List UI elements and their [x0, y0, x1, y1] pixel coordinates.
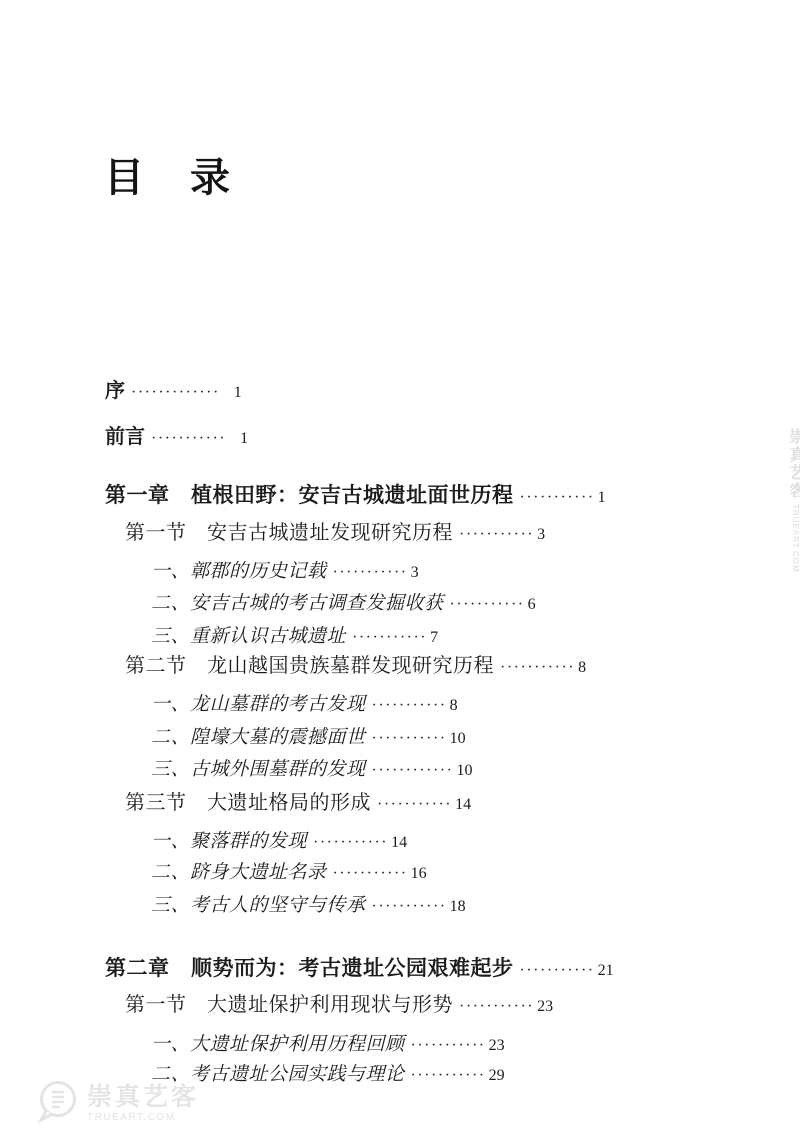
toc-entry: 三、古城外围墓群的发现············10	[105, 759, 685, 782]
page-number: 14	[455, 794, 471, 816]
toc-entry: 第三节 大遗址格局的形成···········14	[105, 792, 685, 816]
entry-label: 二、跻身大遗址名录	[151, 862, 327, 884]
dot-leader: ···········	[372, 695, 447, 717]
toc-entry: 前言···········1	[105, 426, 685, 450]
dot-leader: ···········	[411, 1065, 486, 1087]
entry-label: 三、考古人的坚守与传承	[151, 895, 366, 917]
toc-entry: 二、跻身大遗址名录···········16	[105, 862, 685, 885]
entry-label: 第一节 大遗址保护利用现状与形势	[125, 994, 453, 1016]
speech-bubble-document-icon	[34, 1078, 80, 1129]
dot-leader: ···········	[520, 960, 595, 982]
dot-leader: ···········	[520, 487, 595, 509]
page-number: 3	[537, 524, 545, 546]
page-number: 8	[578, 657, 586, 679]
page-number: 1	[234, 382, 242, 404]
dot-leader: ···········	[411, 1035, 486, 1057]
entry-label: 一、龙山墓群的考古发现	[151, 694, 366, 716]
page-number: 23	[537, 996, 553, 1018]
dot-leader: ···········	[333, 863, 408, 885]
entry-label: 第一章 植根田野：安吉古城遗址面世历程	[105, 485, 514, 507]
page-number: 18	[450, 896, 466, 918]
toc-entry: 一、龙山墓群的考古发现···········8	[105, 694, 685, 717]
dot-leader: ·············	[131, 382, 220, 404]
page-number: 6	[528, 594, 536, 616]
entry-label: 三、重新认识古城遗址	[151, 626, 346, 648]
entry-label: 一、聚落群的发现	[151, 831, 307, 853]
toc-entry: 一、大遗址保护利用历程回顾···········23	[105, 1034, 685, 1057]
entry-label: 第二节 龙山越国贵族墓群发现研究历程	[125, 655, 494, 677]
toc-entry: 三、重新认识古城遗址···········7	[105, 626, 685, 649]
toc-entry: 第一章 植根田野：安吉古城遗址面世历程···········1	[105, 485, 685, 509]
entry-label: 第二章 顺势而为：考古遗址公园艰难起步	[105, 958, 514, 980]
entry-label: 二、安吉古城的考古调查发掘收获	[151, 593, 444, 615]
page-number: 29	[489, 1065, 505, 1087]
toc-entry: 一、聚落群的发现···········14	[105, 831, 685, 854]
page-number: 21	[598, 960, 614, 982]
dot-leader: ···········	[459, 524, 534, 546]
entry-label: 前言	[105, 426, 145, 448]
dot-leader: ···········	[450, 594, 525, 616]
page-number: 7	[430, 627, 438, 649]
toc-entry: 第一节 安吉古城遗址发现研究历程···········3	[105, 522, 685, 546]
table-of-contents: 序·············1 前言···········1 第一章 植根田野：…	[105, 380, 685, 1087]
page-number: 14	[391, 832, 407, 854]
page-number: 10	[456, 760, 472, 782]
toc-entry: 序·············1	[105, 380, 685, 404]
watermark-side-brand: 崇真艺客	[784, 428, 800, 500]
entry-label: 第三节 大遗址格局的形成	[125, 792, 371, 814]
watermark-brand: 崇真艺客	[87, 1085, 199, 1110]
watermark-bottom: 崇真艺客 TRUEART.COM	[34, 1078, 199, 1129]
dot-leader: ···········	[459, 996, 534, 1018]
entry-label: 二、隍壕大墓的震撼面世	[151, 727, 366, 749]
document-page: 目 录 序·············1 前言···········1 第一章 植…	[0, 0, 800, 1140]
dot-leader: ···········	[500, 657, 575, 679]
page-number: 3	[411, 562, 419, 584]
toc-entry: 三、考古人的坚守与传承···········18	[105, 895, 685, 918]
page-number: 1	[598, 487, 606, 509]
page-title: 目 录	[104, 146, 233, 203]
toc-entry: 二、隍壕大墓的震撼面世···········10	[105, 727, 685, 750]
watermark-side-domain: TRUEART.COM	[791, 504, 800, 573]
page-number: 8	[450, 695, 458, 717]
watermark-domain: TRUEART.COM	[87, 1113, 199, 1123]
toc-entry: 第一节 大遗址保护利用现状与形势···········23	[105, 994, 685, 1018]
entry-label: 第一节 安吉古城遗址发现研究历程	[125, 522, 453, 544]
dot-leader: ···········	[333, 562, 408, 584]
dot-leader: ············	[372, 760, 454, 782]
dot-leader: ···········	[372, 728, 447, 750]
dot-leader: ···········	[352, 627, 427, 649]
entry-label: 一、鄣郡的历史记载	[151, 561, 327, 583]
page-number: 10	[450, 728, 466, 750]
watermark-text: 崇真艺客 TRUEART.COM	[87, 1085, 199, 1123]
page-number: 23	[489, 1035, 505, 1057]
page-number: 1	[240, 428, 248, 450]
dot-leader: ···········	[372, 896, 447, 918]
watermark-side: 崇真艺客 TRUEART.COM	[784, 428, 800, 573]
toc-entry: 第二节 龙山越国贵族墓群发现研究历程···········8	[105, 655, 685, 679]
toc-entry: 第二章 顺势而为：考古遗址公园艰难起步···········21	[105, 958, 685, 982]
toc-entry: 一、鄣郡的历史记载···········3	[105, 561, 685, 584]
dot-leader: ···········	[377, 794, 452, 816]
dot-leader: ···········	[151, 428, 226, 450]
toc-entry: 二、安吉古城的考古调查发掘收获···········6	[105, 593, 685, 616]
dot-leader: ···········	[313, 832, 388, 854]
entry-label: 一、大遗址保护利用历程回顾	[151, 1034, 405, 1056]
entry-label: 三、古城外围墓群的发现	[151, 759, 366, 781]
entry-label: 序	[105, 380, 125, 402]
page-number: 16	[411, 863, 427, 885]
